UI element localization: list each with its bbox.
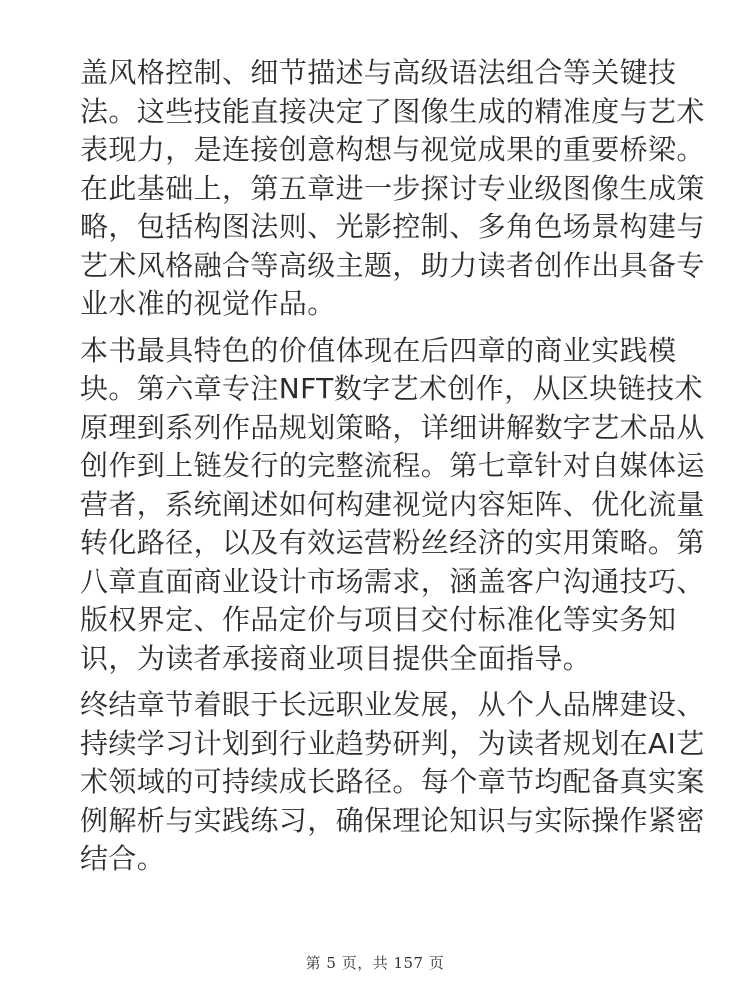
text-line: 表现力，是连接创意构想与视觉成果的重要桥梁。: [80, 131, 680, 170]
text-line: 块。第六章专注NFT数字艺术创作，从区块链技术: [80, 370, 680, 409]
text-line: 术领域的可持续成长路径。每个章节均配备真实案: [80, 763, 680, 802]
paragraph-commercial-practice: 本书最具特色的价值体现在后四章的商业实践模 块。第六章专注NFT数字艺术创作，从…: [80, 332, 680, 679]
text-line: 法。这些技能直接决定了图像生成的精准度与艺术: [80, 93, 680, 132]
text-line: 例解析与实践练习，确保理论知识与实际操作紧密: [80, 802, 680, 841]
text-line: 原理到系列作品规划策略，详细讲解数字艺术品从: [80, 409, 680, 448]
text-line: 创作到上链发行的完整流程。第七章针对自媒体运: [80, 447, 680, 486]
paragraph-career-development: 终结章节着眼于长远职业发展，从个人品牌建设、 持续学习计划到行业趋势研判，为读者…: [80, 686, 680, 879]
paragraph-techniques: 盖风格控制、细节描述与高级语法组合等关键技 法。这些技能直接决定了图像生成的精准…: [80, 54, 680, 324]
text-line: 版权界定、作品定价与项目交付标准化等实务知: [80, 601, 680, 640]
page-number-footer: 第 5 页，共 157 页: [0, 952, 750, 973]
text-line: 在此基础上，第五章进一步探讨专业级图像生成策: [80, 170, 680, 209]
text-line: 本书最具特色的价值体现在后四章的商业实践模: [80, 332, 680, 371]
text-line: 艺术风格融合等高级主题，助力读者创作出具备专: [80, 247, 680, 286]
text-line: 营者，系统阐述如何构建视觉内容矩阵、优化流量: [80, 486, 680, 525]
text-line: 识，为读者承接商业项目提供全面指导。: [80, 640, 680, 679]
text-line: 盖风格控制、细节描述与高级语法组合等关键技: [80, 54, 680, 93]
text-line: 八章直面商业设计市场需求，涵盖客户沟通技巧、: [80, 563, 680, 602]
text-line: 终结章节着眼于长远职业发展，从个人品牌建设、: [80, 686, 680, 725]
text-line: 略，包括构图法则、光影控制、多角色场景构建与: [80, 208, 680, 247]
text-line: 业水准的视觉作品。: [80, 285, 680, 324]
text-line: 结合。: [80, 840, 680, 879]
document-page: 盖风格控制、细节描述与高级语法组合等关键技 法。这些技能直接决定了图像生成的精准…: [80, 54, 680, 879]
text-line: 持续学习计划到行业趋势研判，为读者规划在AI艺: [80, 725, 680, 764]
text-line: 转化路径，以及有效运营粉丝经济的实用策略。第: [80, 524, 680, 563]
